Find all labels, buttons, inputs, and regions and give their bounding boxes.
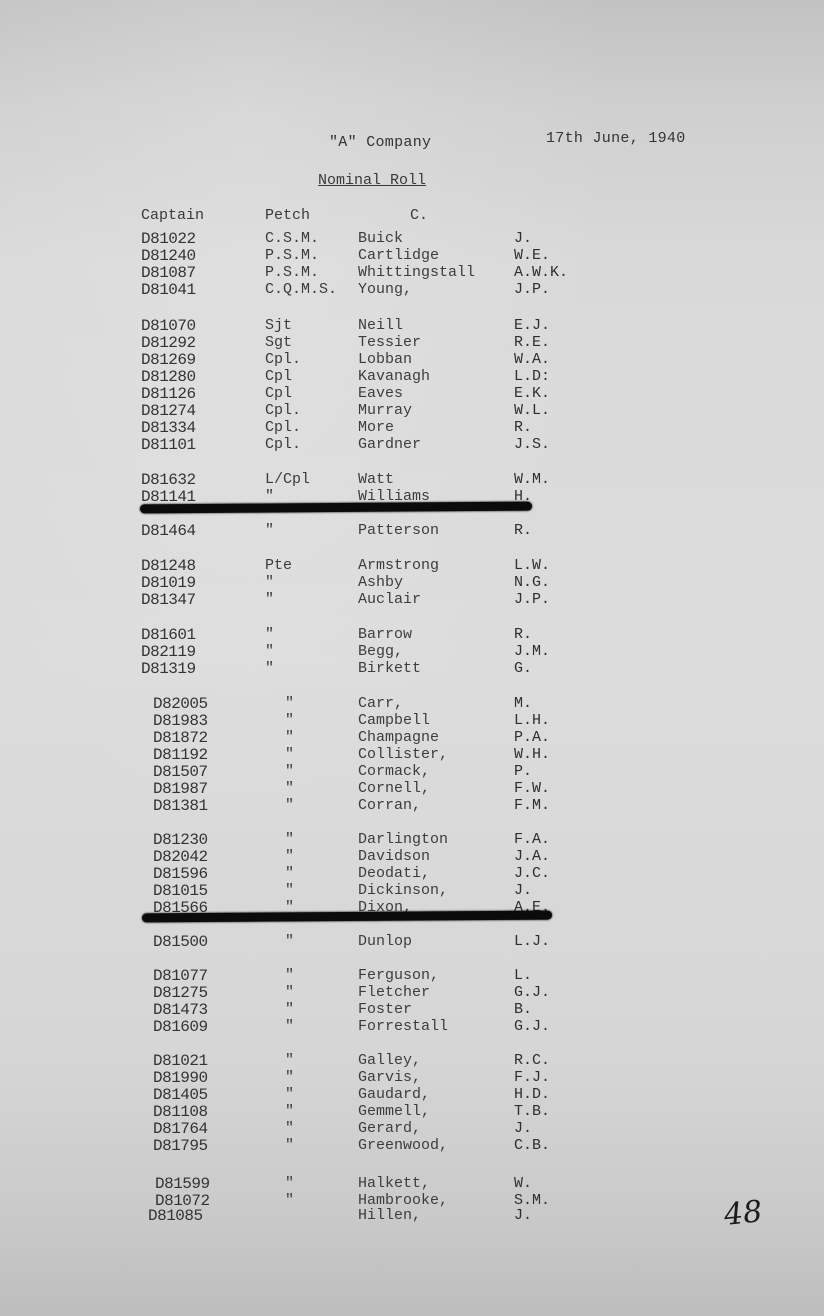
service-number: D81269 [141,352,196,368]
rank: " [285,747,294,763]
initials: R. [514,627,532,643]
initials: P. [514,764,532,780]
service-number: D81192 [153,747,208,763]
rank: " [265,644,274,660]
initials: F.W. [514,781,550,797]
rank: " [285,1121,294,1137]
redaction-bar [140,502,532,514]
handwritten-page-number: 48 [722,1194,764,1233]
initials: L. [514,968,532,984]
service-number: D81230 [153,832,208,848]
rank: " [265,523,274,539]
rank: " [265,575,274,591]
service-number: D81077 [153,968,208,984]
service-number: D81248 [141,558,196,574]
service-number: D81507 [153,764,208,780]
surname: More [358,420,394,436]
surname: Campbell [358,713,430,729]
initials: F.A. [514,832,550,848]
rank: " [285,1087,294,1103]
initials: L.W. [514,558,550,574]
surname: Forrestall [358,1019,448,1035]
rank: Cpl [265,369,292,385]
surname: Davidson [358,849,430,865]
initials: F.J. [514,1070,550,1086]
service-number: D81041 [141,282,196,298]
rank: " [285,764,294,780]
rank: " [265,661,274,677]
initials: N.G. [514,575,550,591]
initials: T.B. [514,1104,550,1120]
initials: R.C. [514,1053,550,1069]
initials: C.B. [514,1138,550,1154]
rank: " [285,1053,294,1069]
service-number: D81632 [141,472,196,488]
service-number: D81274 [141,403,196,419]
surname: Gerard, [358,1121,421,1137]
service-number: D81087 [141,265,196,281]
service-number: D81070 [141,318,196,334]
surname: Galley, [358,1053,421,1069]
surname: Barrow [358,627,412,643]
surname: Tessier [358,335,421,351]
surname: Young, [358,282,412,298]
initials: J.P. [514,282,550,298]
initials: G.J. [514,1019,550,1035]
surname: Neill [358,318,403,334]
rank: " [265,627,274,643]
rank: " [285,1138,294,1154]
redaction-bar [142,911,552,923]
initials: G. [514,661,532,677]
service-number: D81990 [153,1070,208,1086]
service-number: D82005 [153,696,208,712]
rank: " [285,849,294,865]
initials: J.M. [514,644,550,660]
initials: L.J. [514,934,550,950]
rank: Cpl [265,386,292,402]
initials: R. [514,523,532,539]
rank: " [285,1002,294,1018]
initials: W.H. [514,747,550,763]
initials: H.D. [514,1087,550,1103]
document-page: "A" Company 17th June, 1940 Nominal Roll… [0,0,824,1316]
rank: " [285,832,294,848]
document-date: 17th June, 1940 [546,130,686,147]
initials: J. [514,1121,532,1137]
service-number: D81101 [141,437,196,453]
rank: P.S.M. [265,265,319,281]
initials: W. [514,1176,532,1192]
rank: " [285,1019,294,1035]
service-number: D81464 [141,523,196,539]
surname: Gemmell, [358,1104,430,1120]
rank: " [285,883,294,899]
service-number: D81609 [153,1019,208,1035]
initials: B. [514,1002,532,1018]
rank: " [285,968,294,984]
rank: " [285,985,294,1001]
initials: J. [514,1208,532,1224]
officer-surname: Petch [265,207,310,224]
service-number: D81405 [153,1087,208,1103]
service-number: D81795 [153,1138,208,1154]
initials: E.K. [514,386,550,402]
surname: Dunlop [358,934,412,950]
initials: R.E. [514,335,550,351]
surname: Begg, [358,644,403,660]
initials: L.D: [514,369,550,385]
rank: " [285,1193,294,1209]
service-number: D81240 [141,248,196,264]
initials: J.C. [514,866,550,882]
officer-rank: Captain [141,207,204,224]
document-title: Nominal Roll [318,172,426,189]
rank: Cpl. [265,420,301,436]
rank: " [285,866,294,882]
initials: G.J. [514,985,550,1001]
rank: L/Cpl [265,472,310,488]
surname: Cornell, [358,781,430,797]
rank: C.S.M. [265,231,319,247]
service-number: D81085 [148,1208,203,1224]
surname: Lobban [358,352,412,368]
service-number: D81601 [141,627,196,643]
rank: " [285,713,294,729]
initials: L.H. [514,713,550,729]
surname: Ferguson, [358,968,439,984]
initials: J. [514,883,532,899]
initials: P.A. [514,730,550,746]
initials: M. [514,696,532,712]
surname: Champagne [358,730,439,746]
service-number: D81275 [153,985,208,1001]
company-heading: "A" Company [329,134,431,151]
service-number: D81983 [153,713,208,729]
service-number: D81319 [141,661,196,677]
service-number: D81599 [155,1176,210,1192]
rank: " [285,781,294,797]
initials: W.A. [514,352,550,368]
service-number: D81108 [153,1104,208,1120]
surname: Hillen, [358,1208,421,1224]
rank: " [285,1176,294,1192]
surname: Armstrong [358,558,439,574]
rank: Cpl. [265,352,301,368]
rank: " [285,730,294,746]
surname: Cartlidge [358,248,439,264]
surname: Foster [358,1002,412,1018]
service-number: D81334 [141,420,196,436]
surname: Whittingstall [358,265,475,281]
service-number: D82119 [141,644,196,660]
surname: Gardner [358,437,421,453]
surname: Halkett, [358,1176,430,1192]
rank: C.Q.M.S. [265,282,337,298]
service-number: D81015 [153,883,208,899]
service-number: D81381 [153,798,208,814]
surname: Corran, [358,798,421,814]
rank: Sgt [265,335,292,351]
service-number: D81292 [141,335,196,351]
initials: J.P. [514,592,550,608]
surname: Buick [358,231,403,247]
rank: Cpl. [265,403,301,419]
service-number: D81021 [153,1053,208,1069]
service-number: D81764 [153,1121,208,1137]
initials: W.E. [514,248,550,264]
service-number: D81500 [153,934,208,950]
service-number: D81141 [141,489,196,505]
initials: W.M. [514,472,550,488]
surname: Fletcher [358,985,430,1001]
service-number: D81280 [141,369,196,385]
surname: Greenwood, [358,1138,448,1154]
service-number: D81596 [153,866,208,882]
service-number: D81872 [153,730,208,746]
surname: Patterson [358,523,439,539]
service-number: D81347 [141,592,196,608]
surname: Eaves [358,386,403,402]
officer-initials: C. [410,207,428,224]
surname: Kavanagh [358,369,430,385]
surname: Watt [358,472,394,488]
rank: Pte [265,558,292,574]
surname: Carr, [358,696,403,712]
service-number: D81126 [141,386,196,402]
initials: E.J. [514,318,550,334]
surname: Birkett [358,661,421,677]
surname: Gaudard, [358,1087,430,1103]
rank: Cpl. [265,437,301,453]
surname: Garvis, [358,1070,421,1086]
surname: Dickinson, [358,883,448,899]
service-number: D82042 [153,849,208,865]
rank: Sjt [265,318,292,334]
surname: Deodati, [358,866,430,882]
rank: " [285,798,294,814]
service-number: D81987 [153,781,208,797]
initials: J. [514,231,532,247]
initials: R. [514,420,532,436]
surname: Ashby [358,575,403,591]
rank: " [285,1104,294,1120]
service-number: D81022 [141,231,196,247]
initials: W.L. [514,403,550,419]
rank: " [285,1070,294,1086]
rank: " [285,934,294,950]
surname: Darlington [358,832,448,848]
surname: Collister, [358,747,448,763]
service-number: D81019 [141,575,196,591]
rank: P.S.M. [265,248,319,264]
initials: J.S. [514,437,550,453]
initials: J.A. [514,849,550,865]
surname: Cormack, [358,764,430,780]
surname: Murray [358,403,412,419]
initials: F.M. [514,798,550,814]
surname: Auclair [358,592,421,608]
rank: " [285,696,294,712]
service-number: D81473 [153,1002,208,1018]
rank: " [265,592,274,608]
initials: A.W.K. [514,265,568,281]
